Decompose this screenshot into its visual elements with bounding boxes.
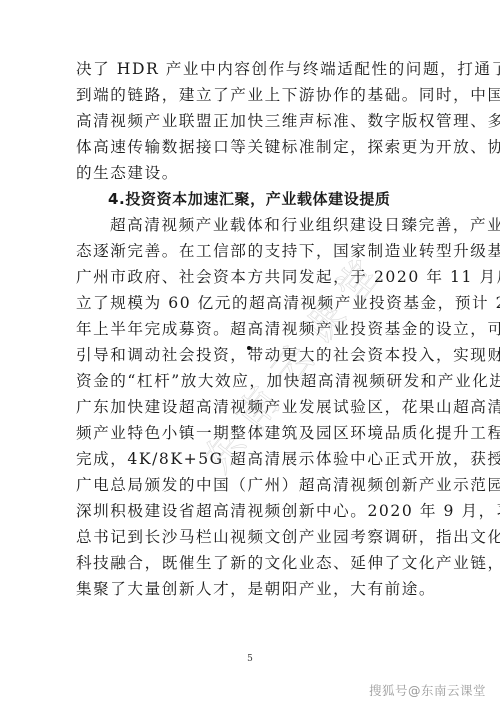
text-line: 高清视频产业联盟正加快三维声标准、数字版权管理、多媒 [76,108,426,134]
page-number: 5 [0,654,500,664]
text-line: 年上半年完成募资。超高清视频产业投资基金的设立，可以 [76,316,426,342]
dot-mark [247,346,251,350]
document-body: 决了 HDR 产业中内容创作与终端适配性的问题，打通了端 到端的链路，建立了产业… [76,56,426,602]
text-line: 决了 HDR 产业中内容创作与终端适配性的问题，打通了端 [76,56,426,82]
text-line: 超高清视频产业载体和行业组织建设日臻完善，产业生 [76,212,426,238]
text-line: 广州市政府、社会资本方共同发起，于 2020 年 11 月启动设 [76,264,426,290]
text-line: 广电总局颁发的中国（广州）超高清视频创新产业示范园区。 [76,472,426,498]
text-line: 立了规模为 60 亿元的超高清视频产业投资基金，预计 2021 [76,290,426,316]
text-line: 集聚了大量创新人才，是朝阳产业，大有前途。 [76,576,426,602]
text-line: 引导和调动社会投资，带动更大的社会资本投入，实现财政 [76,342,426,368]
text-line: 总书记到长沙马栏山视频文创产业园考察调研，指出文化和 [76,524,426,550]
text-line: 科技融合，既催生了新的文化业态、延伸了文化产业链，又 [76,550,426,576]
text-line: 频产业特色小镇一期整体建筑及园区环境品质化提升工程 [76,420,426,446]
text-line: 体高速传输数据接口等关键标准制定，探索更为开放、协同 [76,134,426,160]
text-line: 的生态建设。 [76,160,426,186]
text-line: 深圳积极建设省超高清视频创新中心。2020 年 9 月，习近平 [76,498,426,524]
document-page: 东南云课堂 决了 HDR 产业中内容创作与终端适配性的问题，打通了端 到端的链路… [0,0,500,707]
text-line: 资金的“杠杆”放大效应，加快超高清视频研发和产业化进程。 [76,368,426,394]
text-line: 广东加快建设超高清视频产业发展试验区，花果山超高清视 [76,394,426,420]
section-heading: 4.投资资本加速汇聚，产业载体建设提质 [76,186,426,212]
source-watermark: 搜狐号@东南云课堂 [369,681,486,699]
text-line: 到端的链路，建立了产业上下游协作的基础。同时，中国超 [76,82,426,108]
text-line: 完成，4K/8K+5G 超高清展示体验中心正式开放，获授国家 [76,446,426,472]
text-line: 态逐渐完善。在工信部的支持下，国家制造业转型升级基金、 [76,238,426,264]
